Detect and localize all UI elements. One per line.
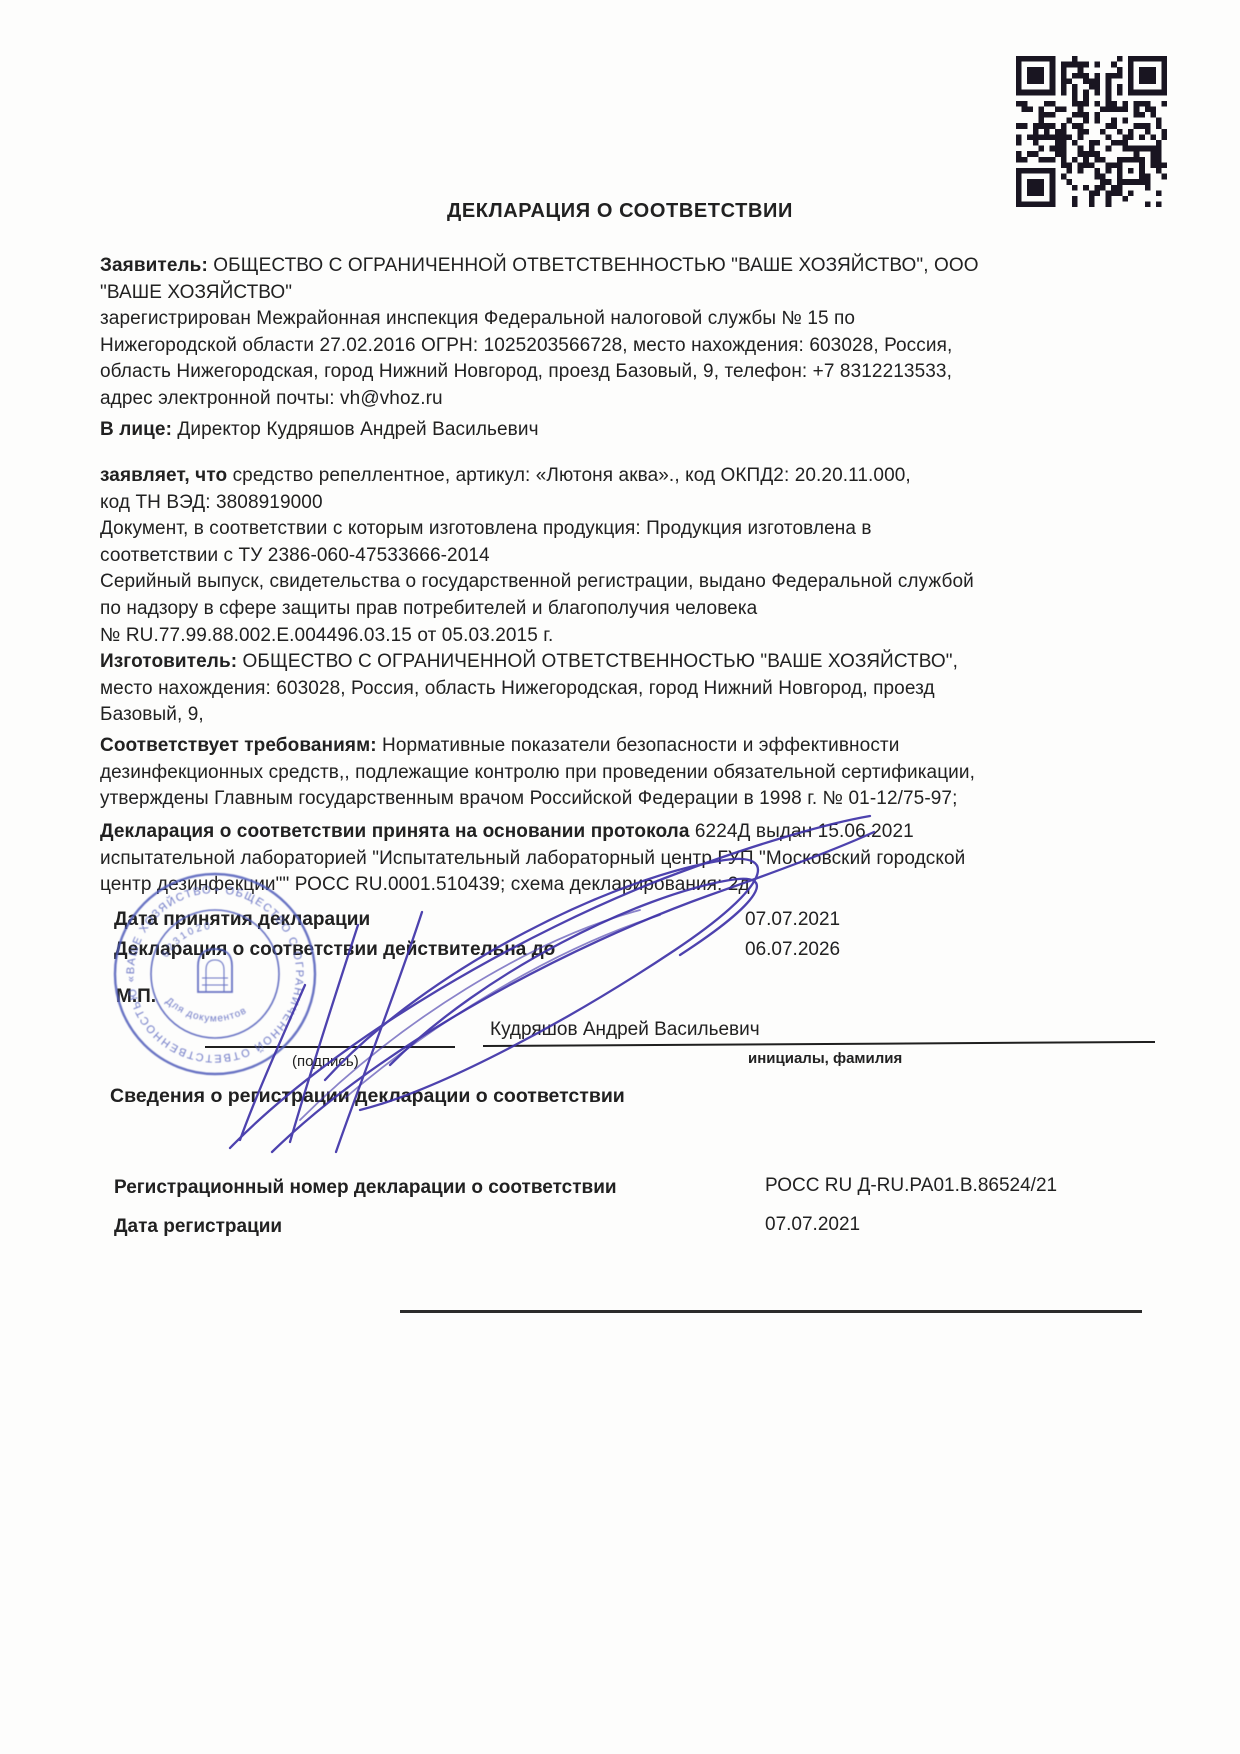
registration-date-value: 07.07.2021 [765,1214,860,1236]
stamp-outer-ring [115,874,315,1074]
registration-number-value: РОСС RU Д-RU.РА01.В.86524/21 [765,1175,1057,1197]
valid-until-label: Декларация о соответствии действительна … [114,939,555,961]
paragraph-in-person: В лице: Директор Кудряшов Андрей Василье… [100,417,539,444]
stamp-doc-label: Для документов [163,996,249,1025]
document-title: ДЕКЛАРАЦИЯ О СООТВЕТСТВИИ [100,200,1140,223]
signature-caption: (подпись) [292,1053,359,1070]
initials-line [483,1041,1155,1047]
signer-name: Кудряшов Андрей Васильевич [490,1019,760,1041]
registration-number-label: Регистрационный номер декларации о соотв… [114,1177,617,1199]
registration-heading: Сведения о регистрации декларации о соот… [110,1085,625,1108]
paragraph-applicant: Заявитель: ОБЩЕСТВО С ОГРАНИЧЕННОЙ ОТВЕТ… [100,253,979,413]
registration-date-label: Дата регистрации [114,1216,282,1238]
paragraph-basis: Декларация о соответствии принята на осн… [100,819,965,899]
qr-code [1016,56,1168,208]
stamp-place-label: М.П. [116,986,156,1008]
bottom-rule [400,1310,1142,1313]
valid-until-value: 06.07.2026 [745,939,840,961]
initials-caption: инициалы, фамилия [748,1050,902,1067]
paragraph-declares: заявляет, что средство репеллентное, арт… [100,463,974,729]
signature-line [205,1046,455,1048]
paragraph-requirements: Соответствует требованиям: Нормативные п… [100,733,975,813]
adoption-date-value: 07.07.2021 [745,909,840,931]
declaration-document: ДЕКЛАРАЦИЯ О СООТВЕТСТВИИ Заявитель: ОБЩ… [0,0,1240,1754]
adoption-date-label: Дата принятия декларации [114,909,370,931]
svg-text:Для документов: Для документов [163,996,249,1025]
